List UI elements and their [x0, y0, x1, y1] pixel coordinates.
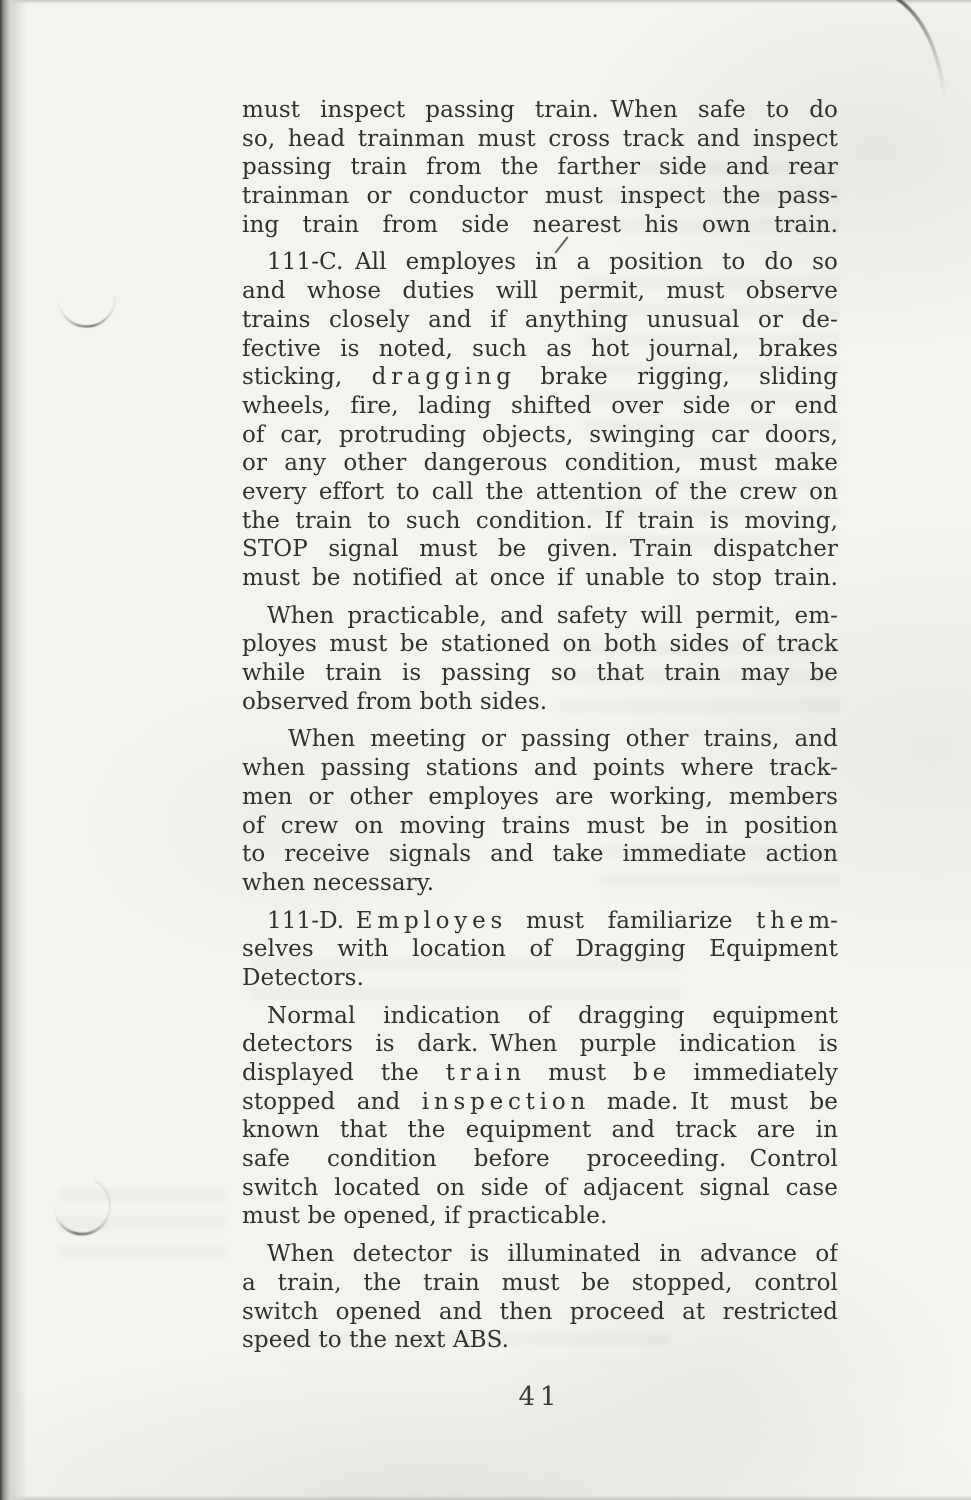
text-line: passing train from the farther side and …: [242, 153, 838, 182]
text-line: detectors is dark. When purple indicatio…: [242, 1030, 838, 1059]
text-line: trains closely and if anything unusual o…: [242, 306, 838, 335]
text-line: selves with location of Dragging Equipme…: [242, 935, 838, 964]
text-line: When meeting or passing other trains, an…: [242, 725, 838, 754]
text-line: Detectors.: [242, 964, 838, 993]
text-line: the train to such condition. If train is…: [242, 507, 838, 536]
punch-hole-upper: [55, 268, 123, 334]
text-line: trainman or conductor must inspect the p…: [242, 182, 838, 211]
paragraph-rule-111-c-practicable: When practicable, and safety will permit…: [242, 602, 838, 717]
text-line: 111-C. All employes in a position to do …: [242, 248, 838, 277]
text-line: 111-D. E m p l o y e s must familiarize …: [242, 907, 838, 936]
text-line: or any other dangerous condition, must m…: [242, 449, 838, 478]
text-line: observed from both sides.: [242, 688, 838, 717]
paragraph-rule-111-c-meeting: When meeting or passing other trains, an…: [242, 725, 838, 897]
text-line: When detector is illuminated in advance …: [242, 1240, 838, 1269]
scan-top-edge-shadow: [0, 0, 971, 4]
text-line: ployes must be stationed on both sides o…: [242, 630, 838, 659]
text-line: switch opened and then proceed at restri…: [242, 1298, 838, 1327]
text-line: displayed the t r a i n must b e immedia…: [242, 1059, 838, 1088]
paragraph-rule-111-d-normal-indication: Normal indication of dragging equipmentd…: [242, 1002, 838, 1232]
paragraph-rule-111-d-illuminated: When detector is illuminated in advance …: [242, 1240, 838, 1355]
text-line: fective is noted, such as hot journal, b…: [242, 335, 838, 364]
book-binding-edge: [0, 0, 28, 1500]
text-line: STOP signal must be given. Train dispatc…: [242, 535, 838, 564]
paragraph-rule-111-b-continuation: must inspect passing train. When safe to…: [242, 96, 838, 239]
text-line: of car, protruding objects, swinging car…: [242, 421, 838, 450]
text-line: every effort to call the attention of th…: [242, 478, 838, 507]
text-line: When practicable, and safety will permit…: [242, 602, 838, 631]
text-line: known that the equipment and track are i…: [242, 1116, 838, 1145]
text-line: Normal indication of dragging equipment: [242, 1002, 838, 1031]
scan-bottom-edge-shadow: [0, 1495, 971, 1500]
text-block: must inspect passing train. When safe to…: [242, 96, 838, 1364]
text-line: while train is passing so that train may…: [242, 659, 838, 688]
text-line: so, head trainman must cross track and i…: [242, 125, 838, 154]
text-line: when necessary.: [242, 869, 838, 898]
punch-hole-lower: [50, 1178, 120, 1248]
text-line: and whose duties will permit, must obser…: [242, 277, 838, 306]
text-line: wheels, fire, lading shifted over side o…: [242, 392, 838, 421]
text-line: ing train from side nearest his own trai…: [242, 211, 838, 240]
text-line: safe condition before proceeding. Contro…: [242, 1145, 838, 1174]
paragraph-rule-111-c: 111-C. All employes in a position to do …: [242, 248, 838, 592]
text-line: must inspect passing train. When safe to…: [242, 96, 838, 125]
text-line: stopped and i n s p e c t i o n made. It…: [242, 1088, 838, 1117]
scanned-page: must inspect passing train. When safe to…: [0, 0, 971, 1500]
text-line: when passing stations and points where t…: [242, 754, 838, 783]
paragraph-rule-111-d: 111-D. E m p l o y e s must familiarize …: [242, 907, 838, 993]
text-line: switch located on side of adjacent signa…: [242, 1174, 838, 1203]
text-line: men or other employes are working, membe…: [242, 783, 838, 812]
text-line: must be notified at once if unable to st…: [242, 564, 838, 593]
text-line: speed to the next ABS.: [242, 1326, 838, 1355]
text-line: of crew on moving trains must be in posi…: [242, 812, 838, 841]
text-line: a train, the train must be stopped, cont…: [242, 1269, 838, 1298]
page-number: 41: [242, 1382, 838, 1412]
text-line: sticking, d r a g g i n g brake rigging,…: [242, 363, 838, 392]
text-line: to receive signals and take immediate ac…: [242, 840, 838, 869]
page-curl-mark: [885, 0, 965, 135]
text-line: must be opened, if practicable.: [242, 1202, 838, 1231]
